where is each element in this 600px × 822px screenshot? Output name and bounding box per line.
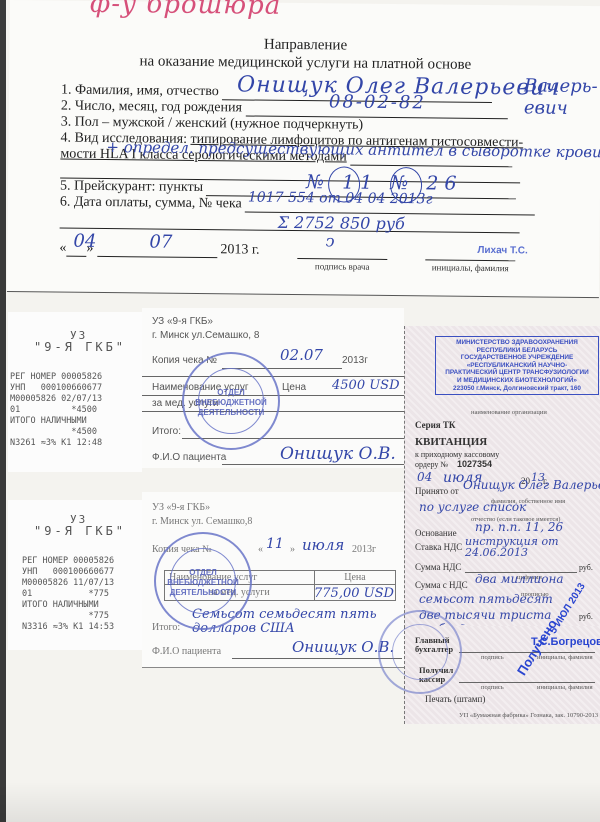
payment-value: 1017 554 от 04 04 2013г <box>248 190 433 208</box>
round-seal: ОТДЕЛ ВНЕБЮДЖЕТНОЙ ДЕЯТЕЛЬНОСТИ <box>154 532 252 630</box>
receipt-lines: РЕГ НОМЕР 00005826 УНП 000100660677 М000… <box>22 556 114 633</box>
doctor-name-stamp: Лихач Т.С. <box>477 245 528 257</box>
check-slip-1: УЗ «9-я ГКБ» г. Минск ул.Семашко, 8 Копи… <box>142 308 404 468</box>
payment-sum-value: Σ 2752 850 руб <box>278 213 405 233</box>
doctor-initials-label: инициалы, фамилия <box>425 262 515 273</box>
cash-receipt-1: УЗ "9-Я ГКБ" РЕГ НОМЕР 00005826 УНП 0001… <box>8 312 142 472</box>
referral-form: ф-у брошюра Направление на оказание меди… <box>7 0 600 298</box>
doctor-signature: ↄ <box>325 231 334 250</box>
check-slip-2: УЗ «9-я ГКБ» г. Минск ул. Семашко,8 Копи… <box>142 492 404 668</box>
cash-receipt-2: УЗ "9-Я ГКБ" РЕГ НОМЕР 00005826 УНП 0001… <box>8 500 142 650</box>
date-day-value: 04 <box>73 231 96 252</box>
margin-note: Валерь-евич <box>524 75 600 120</box>
scan-edge <box>0 0 6 822</box>
doctor-signature-label: подпись врача <box>297 261 387 272</box>
receipt-lines: РЕГ НОМЕР 00005826 УНП 000100660677 М000… <box>10 372 102 449</box>
birth-date-value: 08-02-82 <box>329 91 426 113</box>
handwritten-note: ф-у брошюра <box>90 0 282 21</box>
date-month-value: 07 <box>149 231 172 252</box>
round-seal <box>378 610 462 694</box>
organization-stamp: МИНИСТЕРСТВО ЗДРАВООХРАНЕНИЯ РЕСПУБЛИКИ … <box>435 336 599 395</box>
round-seal: ОТДЕЛ ВНЕБЮДЖЕТНОЙ ДЕЯТЕЛЬНОСТИ <box>182 352 280 450</box>
